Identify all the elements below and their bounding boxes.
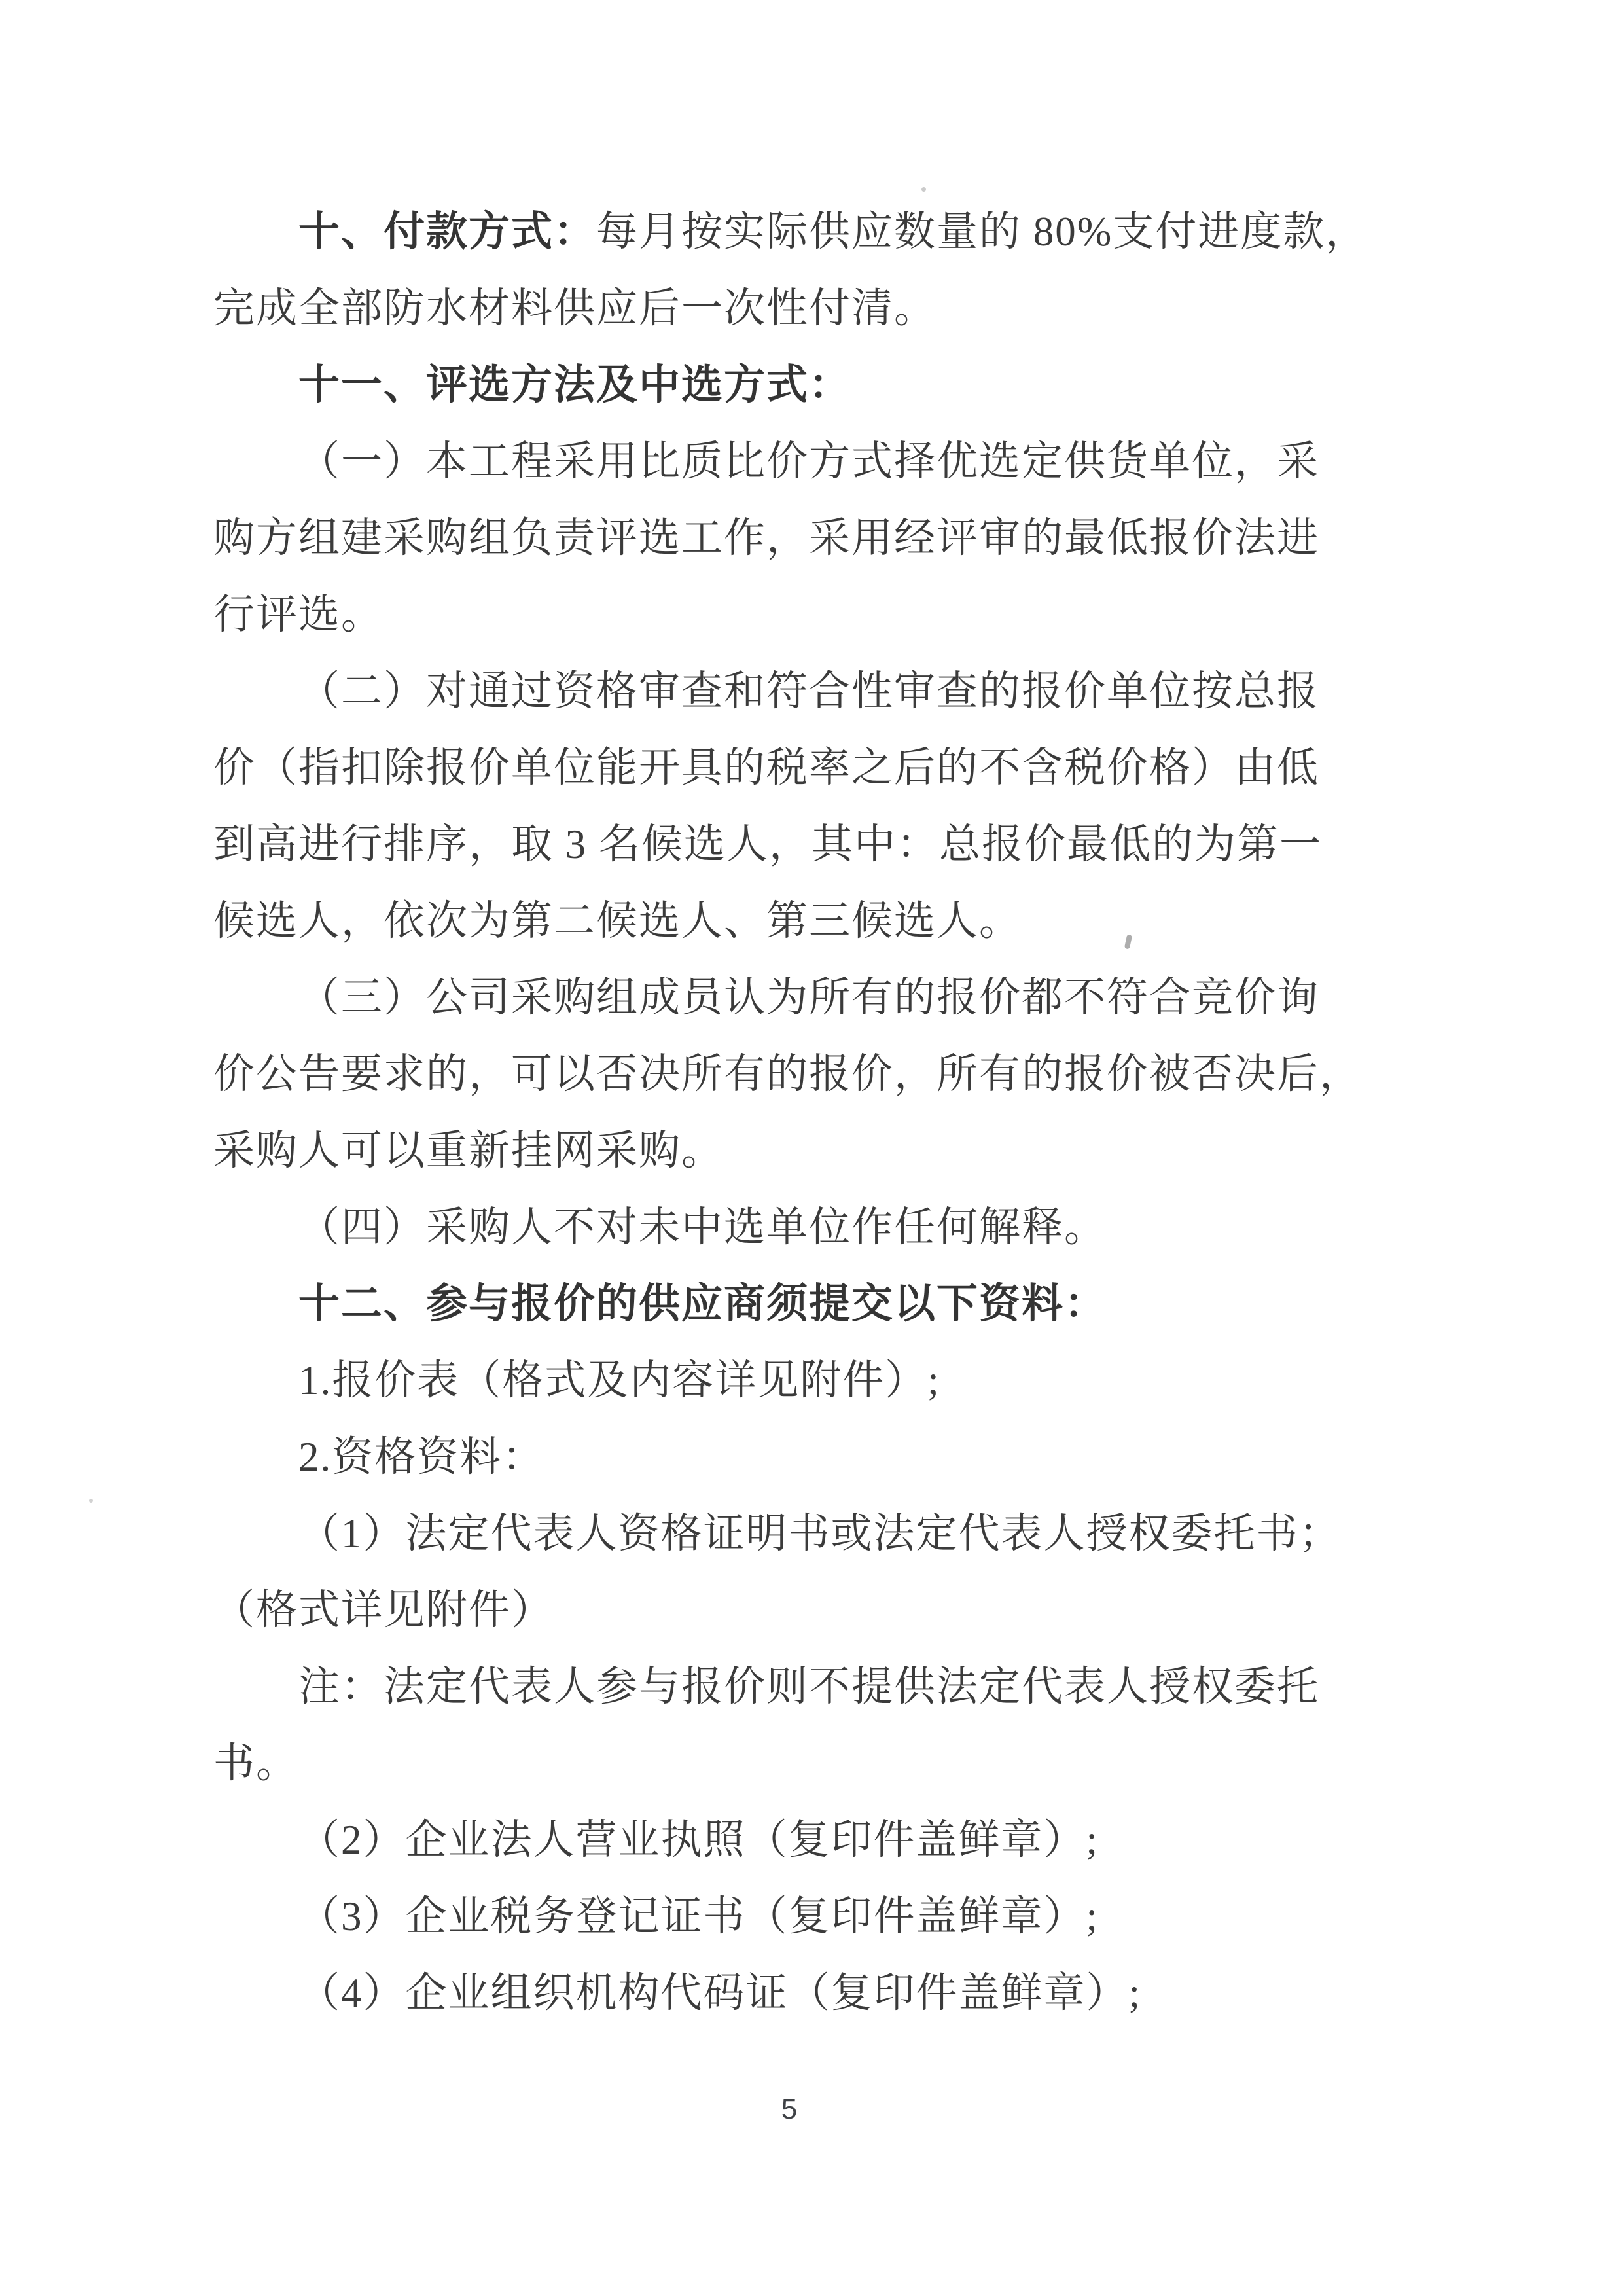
text-line: 价公告要求的，可以否决所有的报价，所有的报价被否决后，: [213, 1036, 1365, 1113]
heading-run: 十、付款方式：: [298, 209, 596, 255]
text-line: 行评选。: [213, 577, 1365, 653]
document-page: 十、付款方式：每月按实际供应数量的 80%支付进度款，完成全部防水材料供应后一次…: [0, 0, 1623, 2296]
text-line: 注：法定代表人参与报价则不提供法定代表人授权委托: [213, 1649, 1365, 1725]
body-run: 候选人，依次为第二候选人、第三候选人。: [213, 898, 1022, 944]
body-run: （一）本工程采用比质比价方式择优选定供货单位，采: [298, 439, 1319, 484]
text-line: 1.报价表（格式及内容详见附件）;: [213, 1342, 1365, 1419]
body-run: （格式详见附件）: [213, 1587, 554, 1633]
text-line: 购方组建采购组负责评选工作，采用经评审的最低报价法进: [213, 500, 1365, 577]
body-run: 到高进行排序，取 3 名候选人，其中：总报价最低的为第一: [213, 821, 1322, 867]
text-line: （格式详见附件）: [213, 1572, 1365, 1649]
text-line: 价（指扣除报价单位能开具的税率之后的不含税价格）由低: [213, 730, 1365, 806]
body-run: 采购人可以重新挂网采购。: [213, 1128, 724, 1174]
text-line: （四）采购人不对未中选单位作任何解释。: [213, 1189, 1365, 1266]
body-run: 注：法定代表人参与报价则不提供法定代表人授权委托: [298, 1664, 1319, 1710]
body-run: 书。: [213, 1740, 298, 1786]
body-run: 行评选。: [213, 592, 383, 637]
text-line: （3）企业税务登记证书（复印件盖鲜章）;: [213, 1878, 1365, 1955]
text-line: 完成全部防水材料供应后一次性付清。: [213, 270, 1365, 347]
body-run: 2.资格资料：: [298, 1434, 544, 1480]
heading-run: 十二、参与报价的供应商须提交以下资料：: [298, 1281, 1107, 1327]
text-line: 2.资格资料：: [213, 1419, 1365, 1496]
document-body: 十、付款方式：每月按实际供应数量的 80%支付进度款，完成全部防水材料供应后一次…: [213, 194, 1365, 2032]
page-number: 5: [213, 2093, 1365, 2126]
body-run: 价公告要求的，可以否决所有的报价，所有的报价被否决后，: [213, 1051, 1362, 1097]
body-run: 完成全部防水材料供应后一次性付清。: [213, 285, 936, 331]
body-run: （1）法定代表人资格证明书或法定代表人授权委托书；: [298, 1511, 1342, 1556]
text-line: 十一、评选方法及中选方式：: [213, 347, 1365, 423]
text-line: 到高进行排序，取 3 名候选人，其中：总报价最低的为第一: [213, 806, 1365, 883]
heading-run: 十一、评选方法及中选方式：: [298, 362, 851, 408]
scan-speck: [921, 187, 926, 192]
body-run: （二）对通过资格审查和符合性审查的报价单位按总报: [298, 668, 1319, 714]
text-line: （2）企业法人营业执照（复印件盖鲜章）;: [213, 1802, 1365, 1878]
text-line: （4）企业组织机构代码证（复印件盖鲜章）;: [213, 1955, 1365, 2032]
text-line: （二）对通过资格审查和符合性审查的报价单位按总报: [213, 653, 1365, 730]
text-line: （一）本工程采用比质比价方式择优选定供货单位，采: [213, 423, 1365, 500]
body-run: （3）企业税务登记证书（复印件盖鲜章）;: [298, 1893, 1099, 1939]
body-run: 价（指扣除报价单位能开具的税率之后的不含税价格）由低: [213, 745, 1319, 791]
text-line: （1）法定代表人资格证明书或法定代表人授权委托书；: [213, 1496, 1365, 1572]
body-run: 1.报价表（格式及内容详见附件）;: [298, 1357, 940, 1403]
body-run: （2）企业法人营业执照（复印件盖鲜章）;: [298, 1817, 1099, 1863]
text-line: 采购人可以重新挂网采购。: [213, 1113, 1365, 1189]
body-run: 购方组建采购组负责评选工作，采用经评审的最低报价法进: [213, 515, 1319, 561]
body-run: （四）采购人不对未中选单位作任何解释。: [298, 1204, 1107, 1250]
scan-speck: [89, 1499, 93, 1503]
body-run: （4）企业组织机构代码证（复印件盖鲜章）;: [298, 1970, 1141, 2016]
text-line: 十二、参与报价的供应商须提交以下资料：: [213, 1266, 1365, 1342]
body-run: （三）公司采购组成员认为所有的报价都不符合竞价询: [298, 975, 1319, 1020]
text-line: 书。: [213, 1725, 1365, 1802]
text-line: 十、付款方式：每月按实际供应数量的 80%支付进度款，: [213, 194, 1365, 270]
body-run: 每月按实际供应数量的 80%支付进度款，: [596, 209, 1368, 255]
text-line: （三）公司采购组成员认为所有的报价都不符合竞价询: [213, 960, 1365, 1036]
text-line: 候选人，依次为第二候选人、第三候选人。: [213, 883, 1365, 960]
